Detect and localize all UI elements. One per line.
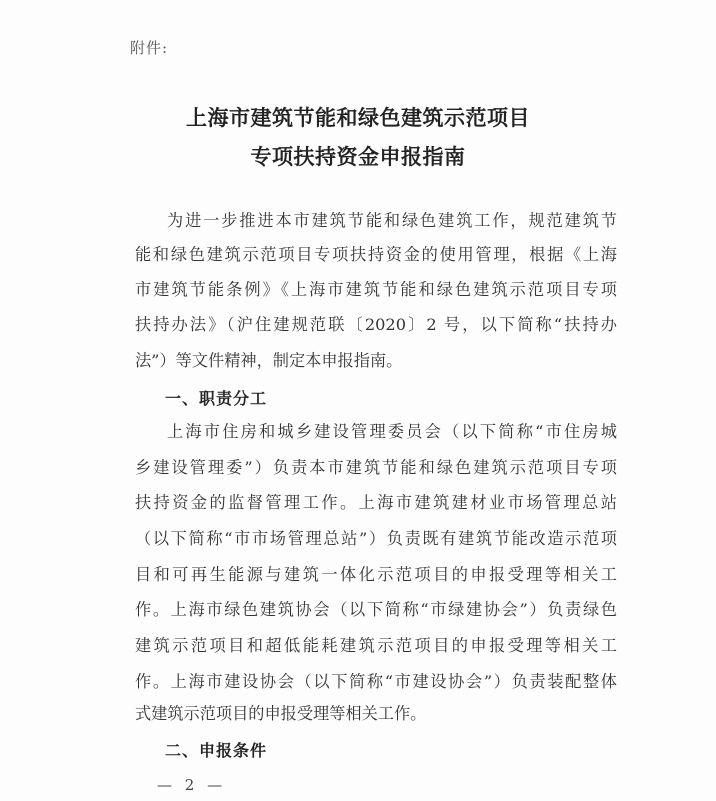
section1-paragraph-line: （以下简称“市市场管理总站”）负责既有建筑节能改造示范项 — [135, 529, 617, 549]
attachment-label: 附件: — [130, 37, 168, 58]
section1-paragraph-line: 作。上海市建设协会（以下简称“市建设协会”）负责装配整体 — [135, 672, 617, 692]
document-title-line-1: 上海市建筑节能和绿色建筑示范项目 — [0, 102, 716, 132]
document-title-line-2: 专项扶持资金申报指南 — [0, 141, 716, 171]
section1-paragraph-line: 乡建设管理委”）负责本市建筑节能和绿色建筑示范项目专项 — [135, 458, 617, 478]
section1-paragraph-line: 上海市住房和城乡建设管理委员会（以下简称“市住房城 — [167, 422, 617, 442]
section-heading-application-conditions: 二、申报条件 — [165, 738, 267, 761]
intro-paragraph-line: 市建筑节能条例》《上海市建筑节能和绿色建筑示范项目专项 — [135, 280, 617, 300]
document-page: 附件: 上海市建筑节能和绿色建筑示范项目 专项扶持资金申报指南 为进一步推进本市… — [0, 0, 716, 801]
section1-paragraph-line: 式建筑示范项目的申报受理等相关工作。 — [135, 704, 617, 724]
section-heading-responsibilities: 一、职责分工 — [165, 386, 267, 409]
intro-paragraph-line: 能和绿色建筑示范项目专项扶持资金的使用管理，根据《上海 — [135, 245, 617, 265]
section1-paragraph-line: 作。上海市绿色建筑协会（以下简称“市绿建协会”）负责绿色 — [135, 600, 617, 620]
page-number: — 2 — — [157, 776, 226, 794]
intro-paragraph-line: 法”）等文件精神，制定本申报指南。 — [135, 351, 617, 371]
section1-paragraph-line: 扶持资金的监督管理工作。上海市建筑建材业市场管理总站 — [135, 493, 617, 513]
intro-paragraph-line: 扶持办法》（沪住建规范联〔2020〕2 号，以下简称“扶持办 — [135, 315, 617, 335]
section1-paragraph-line: 目和可再生能源与建筑一体化示范项目的申报受理等相关工 — [135, 565, 617, 585]
section1-paragraph-line: 建筑示范项目和超低能耗建筑示范项目的申报受理等相关工 — [135, 636, 617, 656]
intro-paragraph-line: 为进一步推进本市建筑节能和绿色建筑工作，规范建筑节 — [167, 211, 617, 231]
